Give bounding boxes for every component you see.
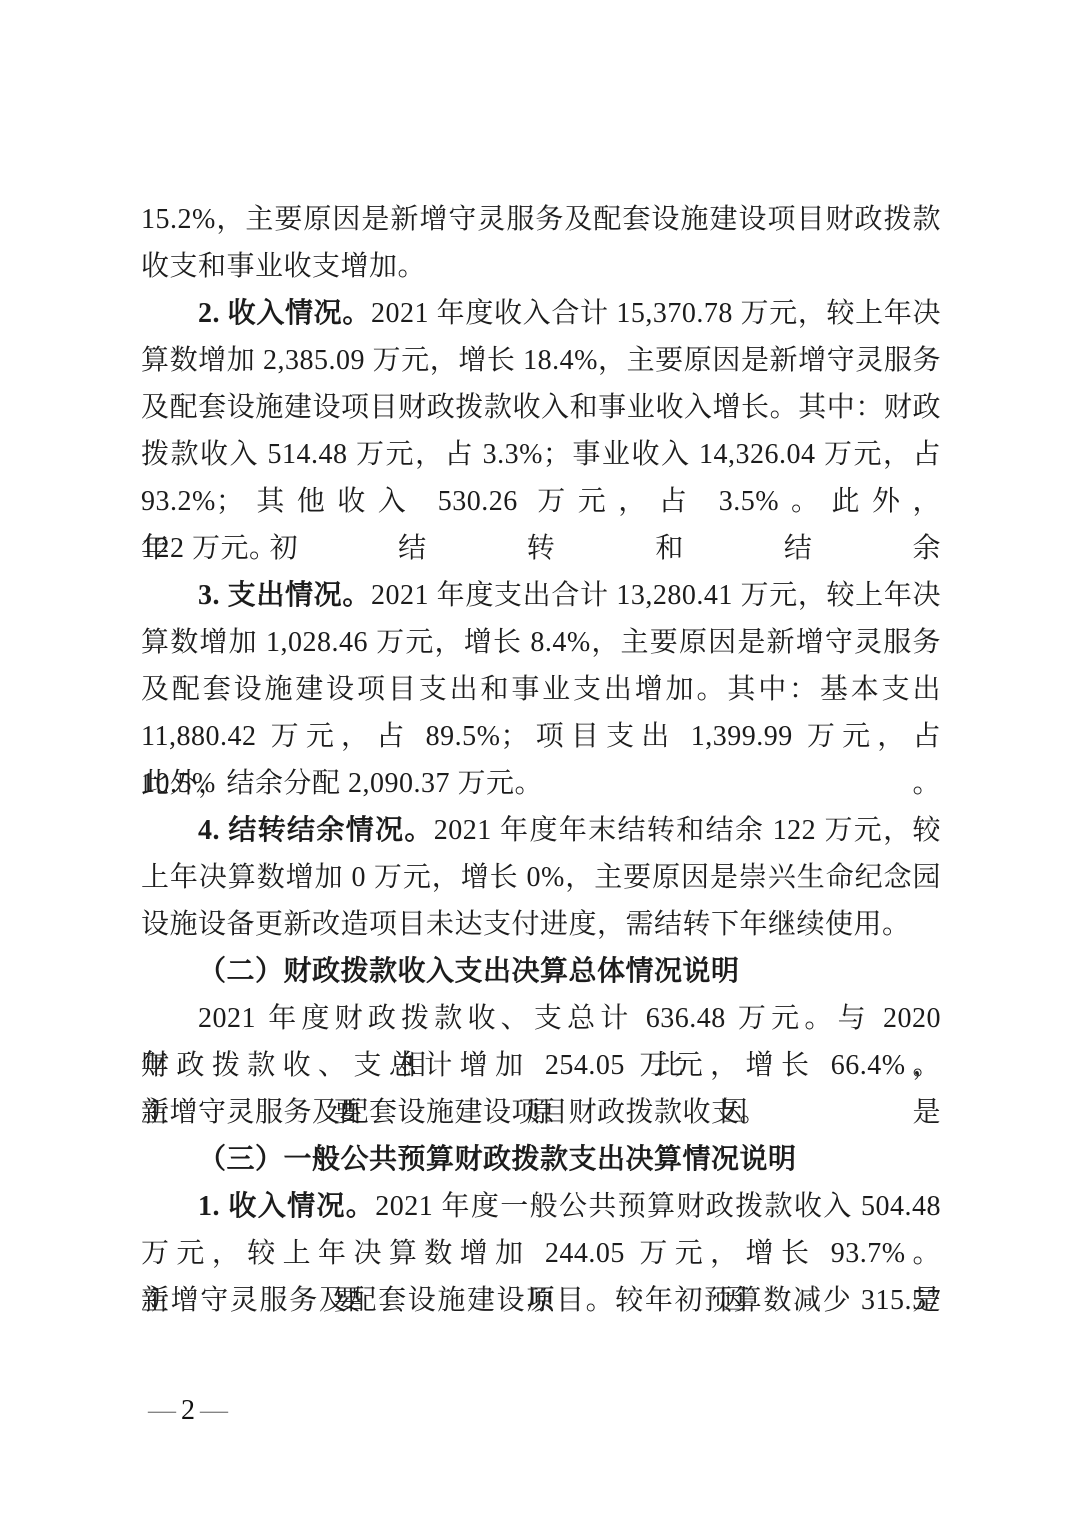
text-run: 新增守灵服务及配套设施建设项目。较年初预算数减少 315.57 — [141, 1285, 941, 1316]
text-run: 2021 年度收入合计 15,370.78 万元，较上年决 — [371, 298, 941, 329]
text-line: 设施设备更新改造项目未达支付进度，需结转下年继续使用。 — [141, 901, 941, 948]
text-line: 93.2%；其他收入 530.26 万元，占 3.5%。此外，年初结转和结余 — [141, 478, 941, 525]
paragraph-label: （三）一般公共预算财政拨款支出决算情况说明 — [198, 1144, 797, 1175]
text-line: 及配套设施建设项目财政拨款收入和事业收入增长。其中：财政 — [141, 384, 941, 431]
text-line: 收支和事业收支增加。 — [141, 243, 941, 290]
text-line: 算数增加 1,028.46 万元，增长 8.4%，主要原因是新增守灵服务 — [141, 619, 941, 666]
text-run: 2021 年度支出合计 13,280.41 万元，较上年决 — [371, 580, 941, 611]
text-line: 拨款收入 514.48 万元，占 3.3%；事业收入 14,326.04 万元，… — [141, 431, 941, 478]
text-line: 1. 收入情况。2021 年度一般公共预算财政拨款收入 504.48 — [141, 1183, 941, 1230]
text-line: 11,880.42 万元，占 89.5%；项目支出 1,399.99 万元，占 … — [141, 713, 941, 760]
text-line: 2. 收入情况。2021 年度收入合计 15,370.78 万元，较上年决 — [141, 290, 941, 337]
text-line: 4. 结转结余情况。2021 年度年末结转和结余 122 万元，较 — [141, 807, 941, 854]
text-run: 15.2%，主要原因是新增守灵服务及配套设施建设项目财政拨款 — [141, 204, 941, 235]
paragraph-label: 3. 支出情况。 — [198, 580, 371, 611]
text-line: 财政拨款收、支总计增加 254.05 万元，增长 66.4%。主要原因是 — [141, 1042, 941, 1089]
document-body: 15.2%，主要原因是新增守灵服务及配套设施建设项目财政拨款收支和事业收支增加。… — [141, 196, 941, 1324]
text-line: 万元，较上年决算数增加 244.05 万元，增长 93.7%。主要原因是 — [141, 1230, 941, 1277]
text-line: 15.2%，主要原因是新增守灵服务及配套设施建设项目财政拨款 — [141, 196, 941, 243]
text-run: 122 万元。 — [141, 533, 278, 564]
section-heading: （三）一般公共预算财政拨款支出决算情况说明 — [141, 1136, 941, 1183]
text-line: 算数增加 2,385.09 万元，增长 18.4%，主要原因是新增守灵服务 — [141, 337, 941, 384]
text-line: 上年决算数增加 0 万元，增长 0%，主要原因是崇兴生命纪念园 — [141, 854, 941, 901]
text-run: 此外，结余分配 2,090.37 万元。 — [141, 768, 543, 799]
text-run: 上年决算数增加 0 万元，增长 0%，主要原因是崇兴生命纪念园 — [141, 862, 941, 893]
text-line: 及配套设施建设项目支出和事业支出增加。其中：基本支出 — [141, 666, 941, 713]
footer-dash-right: — — [195, 1395, 233, 1426]
footer-dash-left: — — [143, 1395, 181, 1426]
text-run: 算数增加 2,385.09 万元，增长 18.4%，主要原因是新增守灵服务 — [141, 345, 941, 376]
paragraph-label: 2. 收入情况。 — [198, 298, 371, 329]
text-run: 设施设备更新改造项目未达支付进度，需结转下年继续使用。 — [141, 909, 911, 940]
text-line: 3. 支出情况。2021 年度支出合计 13,280.41 万元，较上年决 — [141, 572, 941, 619]
paragraph-label: 4. 结转结余情况。 — [198, 815, 434, 846]
text-line: 2021 年度财政拨款收、支总计 636.48 万元。与 2020 年相比， — [141, 995, 941, 1042]
text-run: 拨款收入 514.48 万元，占 3.3%；事业收入 14,326.04 万元，… — [141, 439, 941, 470]
paragraph-label: 1. 收入情况。 — [198, 1191, 375, 1222]
paragraph-label: （二）财政拨款收入支出决算总体情况说明 — [198, 956, 740, 987]
text-line: 新增守灵服务及配套设施建设项目。较年初预算数减少 315.57 — [141, 1277, 941, 1324]
text-run: 及配套设施建设项目支出和事业支出增加。其中：基本支出 — [141, 674, 941, 705]
text-run: 2021 年度年末结转和结余 122 万元，较 — [434, 815, 941, 846]
text-run: 2021 年度一般公共预算财政拨款收入 504.48 — [375, 1191, 941, 1222]
page-number: 2 — [181, 1395, 195, 1426]
document-page: 15.2%，主要原因是新增守灵服务及配套设施建设项目财政拨款收支和事业收支增加。… — [0, 0, 1075, 1520]
text-run: 及配套设施建设项目财政拨款收入和事业收入增长。其中：财政 — [141, 392, 941, 423]
text-run: 新增守灵服务及配套设施建设项目财政拨款收支。 — [141, 1097, 768, 1128]
section-heading: （二）财政拨款收入支出决算总体情况说明 — [141, 948, 941, 995]
text-run: 收支和事业收支增加。 — [141, 251, 426, 282]
page-footer: —2— — [143, 1394, 233, 1428]
text-run: 算数增加 1,028.46 万元，增长 8.4%，主要原因是新增守灵服务 — [141, 627, 941, 658]
